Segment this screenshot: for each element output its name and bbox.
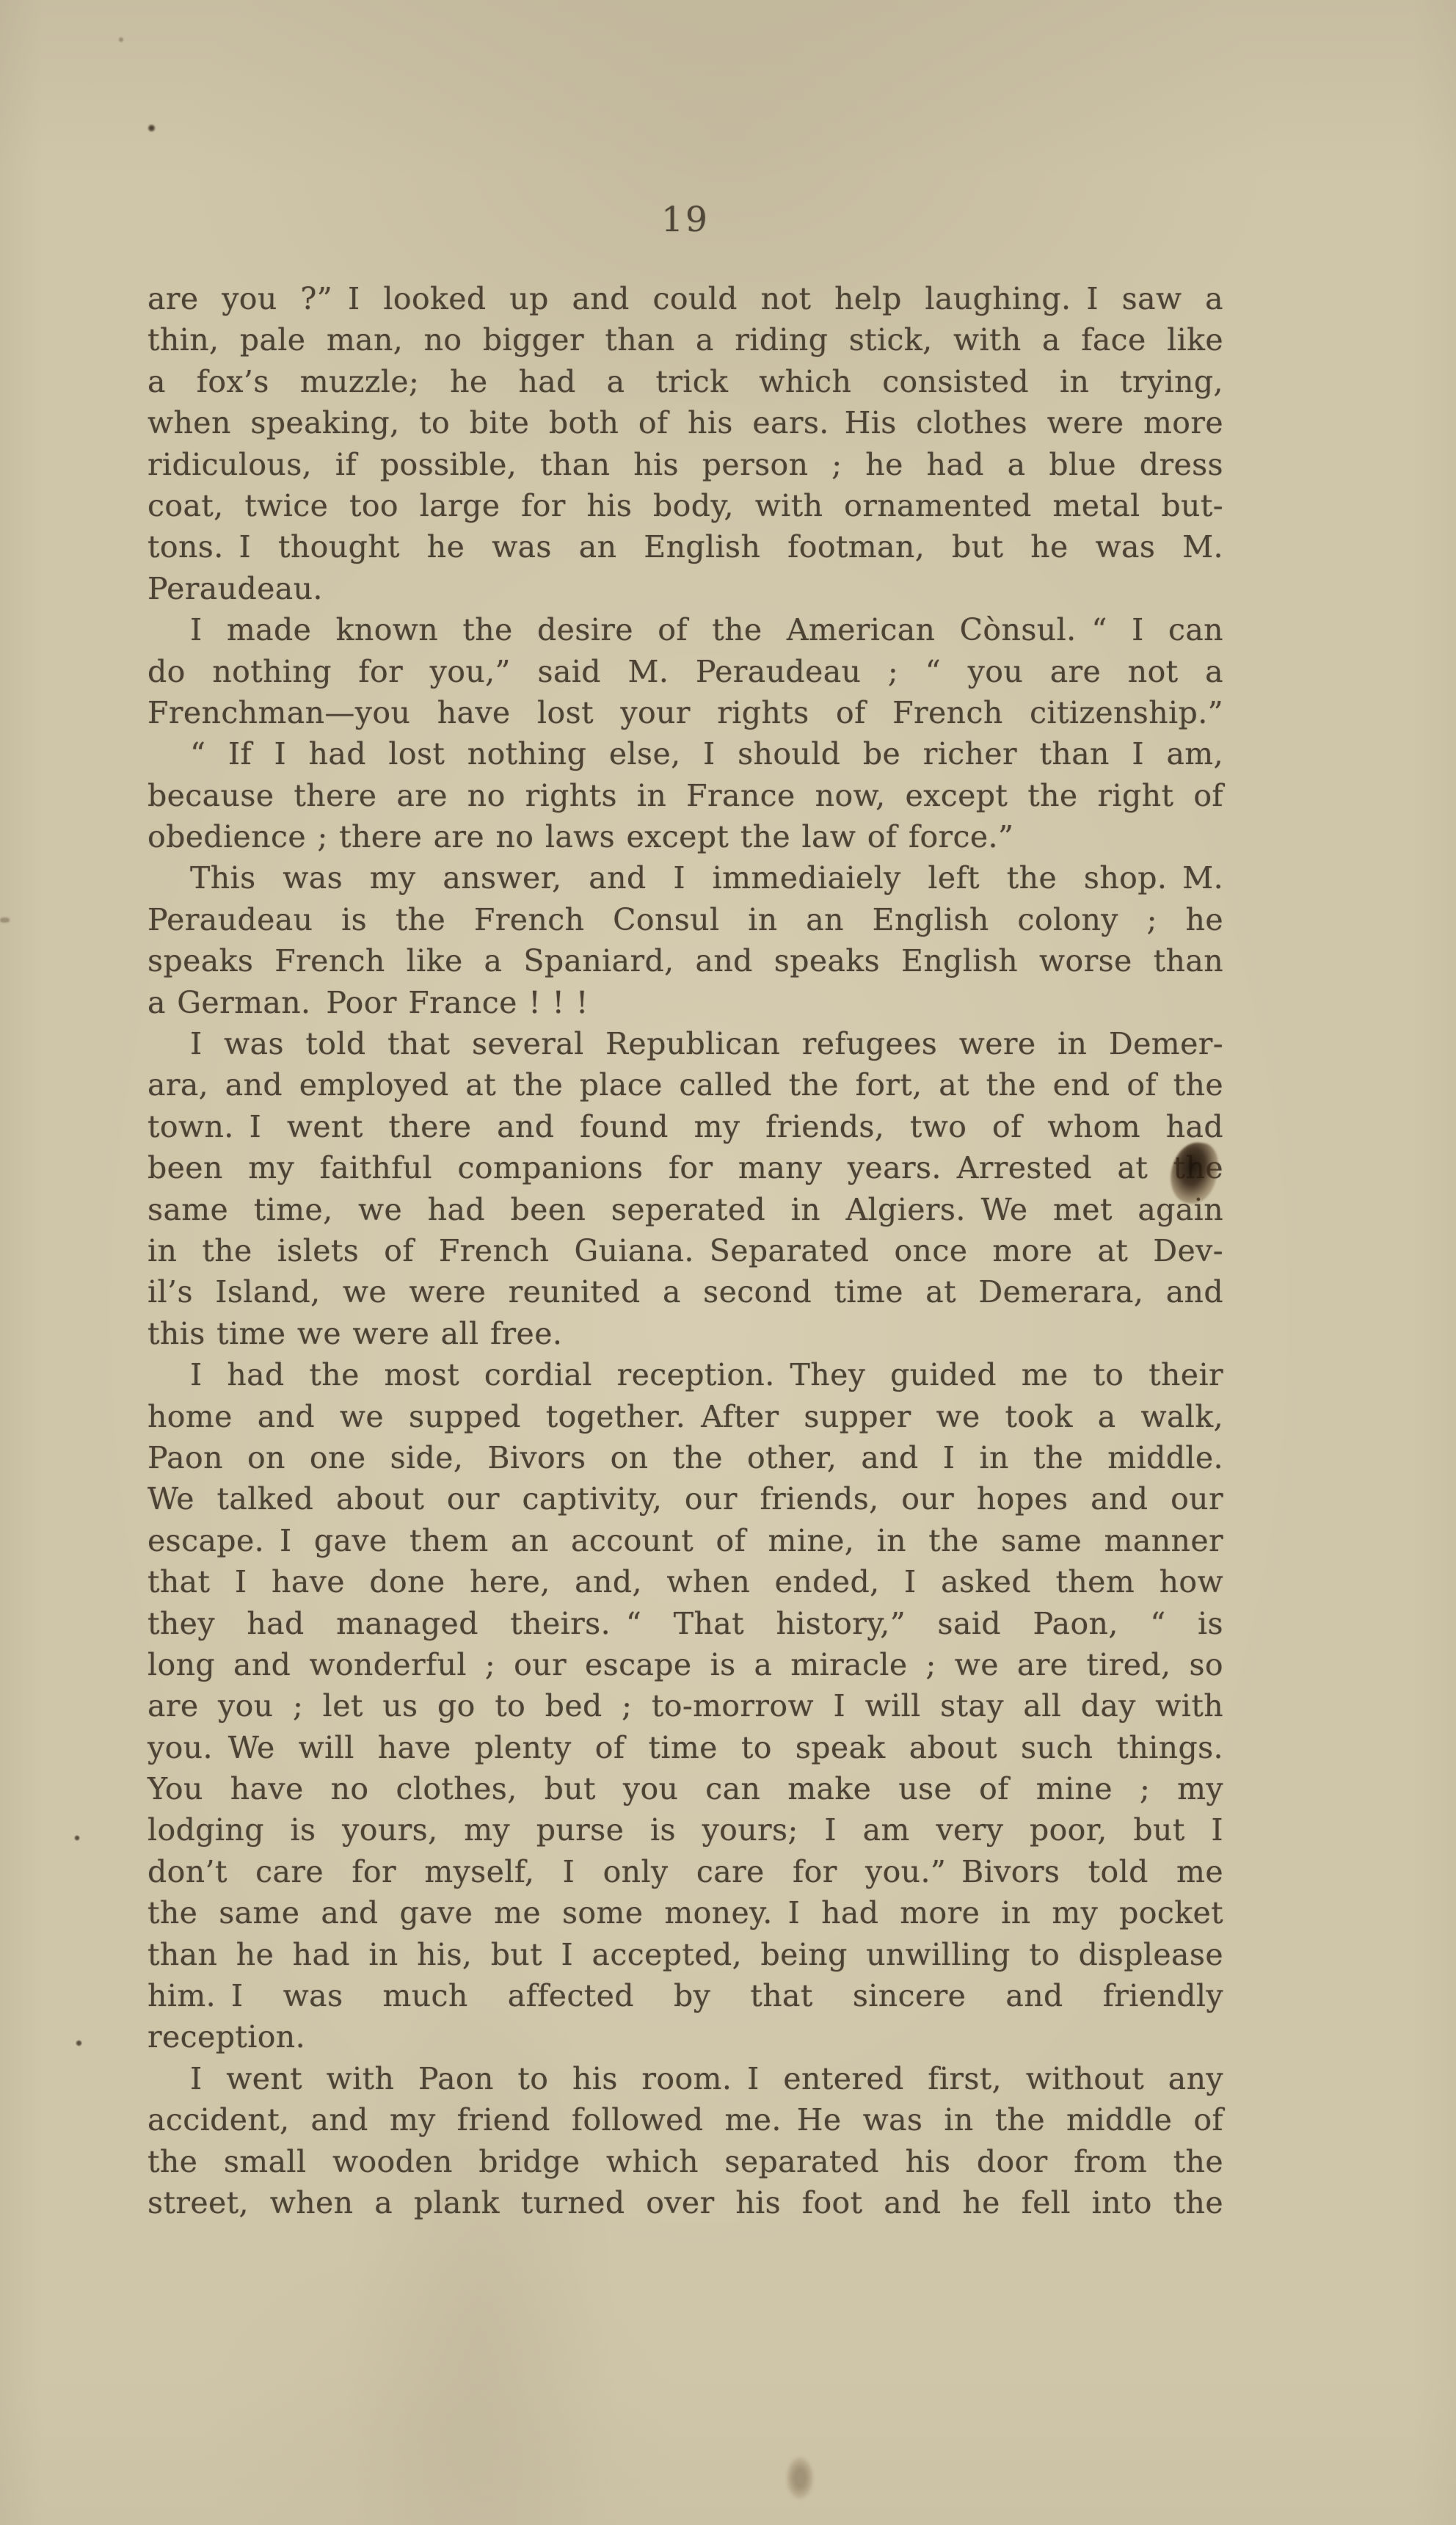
text-line: We talked about our captivity, our frien… [148,1478,1223,1519]
text-line: il’s Island, we were reunited a second t… [148,1271,1223,1312]
text-line: a fox’s muzzle; he had a trick which con… [148,361,1223,402]
page-number: 19 [147,200,1224,240]
text-line: reception. [148,2016,1223,2057]
text-line: ridiculous, if possible, than his person… [148,444,1223,485]
ink-speck-top [148,124,156,132]
text-line: than he had in his, but I accepted, bein… [148,1934,1223,1975]
text-line: they had managed theirs. “ That history,… [148,1603,1223,1644]
text-line: You have no clothes, but you can make us… [148,1768,1223,1809]
text-line: been my faithful companions for many yea… [148,1147,1223,1188]
left-edge-tick [0,918,10,923]
text-line: a German. Poor France ! ! ! [148,982,1223,1023]
text-line: this time we were all free. [148,1313,1223,1354]
text-line: don’t care for myself, I only care for y… [148,1851,1223,1892]
text-line: the small wooden bridge which separated … [148,2141,1223,2182]
text-line: long and wonderful ; our escape is a mir… [148,1644,1223,1685]
text-line: Peraudeau is the French Consul in an Eng… [148,899,1223,940]
text-line: Frenchman—you have lost your rights of F… [148,692,1223,733]
margin-dot-reception [76,2040,82,2046]
text-line: thin, pale man, no bigger than a riding … [148,319,1223,360]
text-line: town. I went there and found my friends,… [148,1106,1223,1147]
text-line: home and we supped together. After suppe… [148,1396,1223,1437]
bottom-smudge [787,2457,813,2499]
text-block: are you ?” I looked up and could not hel… [148,278,1223,2223]
text-line: lodging is yours, my purse is yours; I a… [148,1809,1223,1850]
faint-speck-top [118,37,124,43]
text-line: the same and gave me some money. I had m… [148,1892,1223,1933]
text-line: are you ?” I looked up and could not hel… [148,278,1223,319]
text-line: I was told that several Republican refug… [148,1023,1223,1064]
text-line: when speaking, to bite both of his ears.… [148,402,1223,443]
text-line: speaks French like a Spaniard, and speak… [148,940,1223,981]
text-line: escape. I gave them an account of mine, … [148,1520,1223,1561]
text-line: I had the most cordial reception. They g… [148,1354,1223,1395]
text-line: street, when a plank turned over his foo… [148,2182,1223,2223]
book-page-scan: 19 are you ?” I looked up and could not … [0,0,1456,2525]
text-line: coat, twice too large for his body, with… [148,485,1223,526]
text-line: I went with Paon to his room. I entered … [148,2058,1223,2099]
margin-dot-lodging [74,1835,80,1841]
text-line: him. I was much affected by that sincere… [148,1975,1223,2016]
text-line: tons. I thought he was an English footma… [148,526,1223,567]
text-line: obedience ; there are no laws except the… [148,816,1223,857]
text-line: “ If I had lost nothing else, I should b… [148,733,1223,774]
text-line: because there are no rights in France no… [148,775,1223,816]
text-line: in the islets of French Guiana. Separate… [148,1230,1223,1271]
text-line: do nothing for you,” said M. Peraudeau ;… [148,651,1223,692]
text-line: are you ; let us go to bed ; to-morrow I… [148,1685,1223,1726]
text-line: that I have done here, and, when ended, … [148,1561,1223,1602]
text-line: you. We will have plenty of time to spea… [148,1727,1223,1768]
text-line: accident, and my friend followed me. He … [148,2099,1223,2140]
text-line: I made known the desire of the American … [148,609,1223,650]
text-line: This was my answer, and I immediaiely le… [148,857,1223,898]
text-line: ara, and employed at the place called th… [148,1064,1223,1105]
text-line: Peraudeau. [148,568,1223,609]
text-line: same time, we had been seperated in Algi… [148,1189,1223,1230]
text-line: Paon on one side, Bivors on the other, a… [148,1437,1223,1478]
